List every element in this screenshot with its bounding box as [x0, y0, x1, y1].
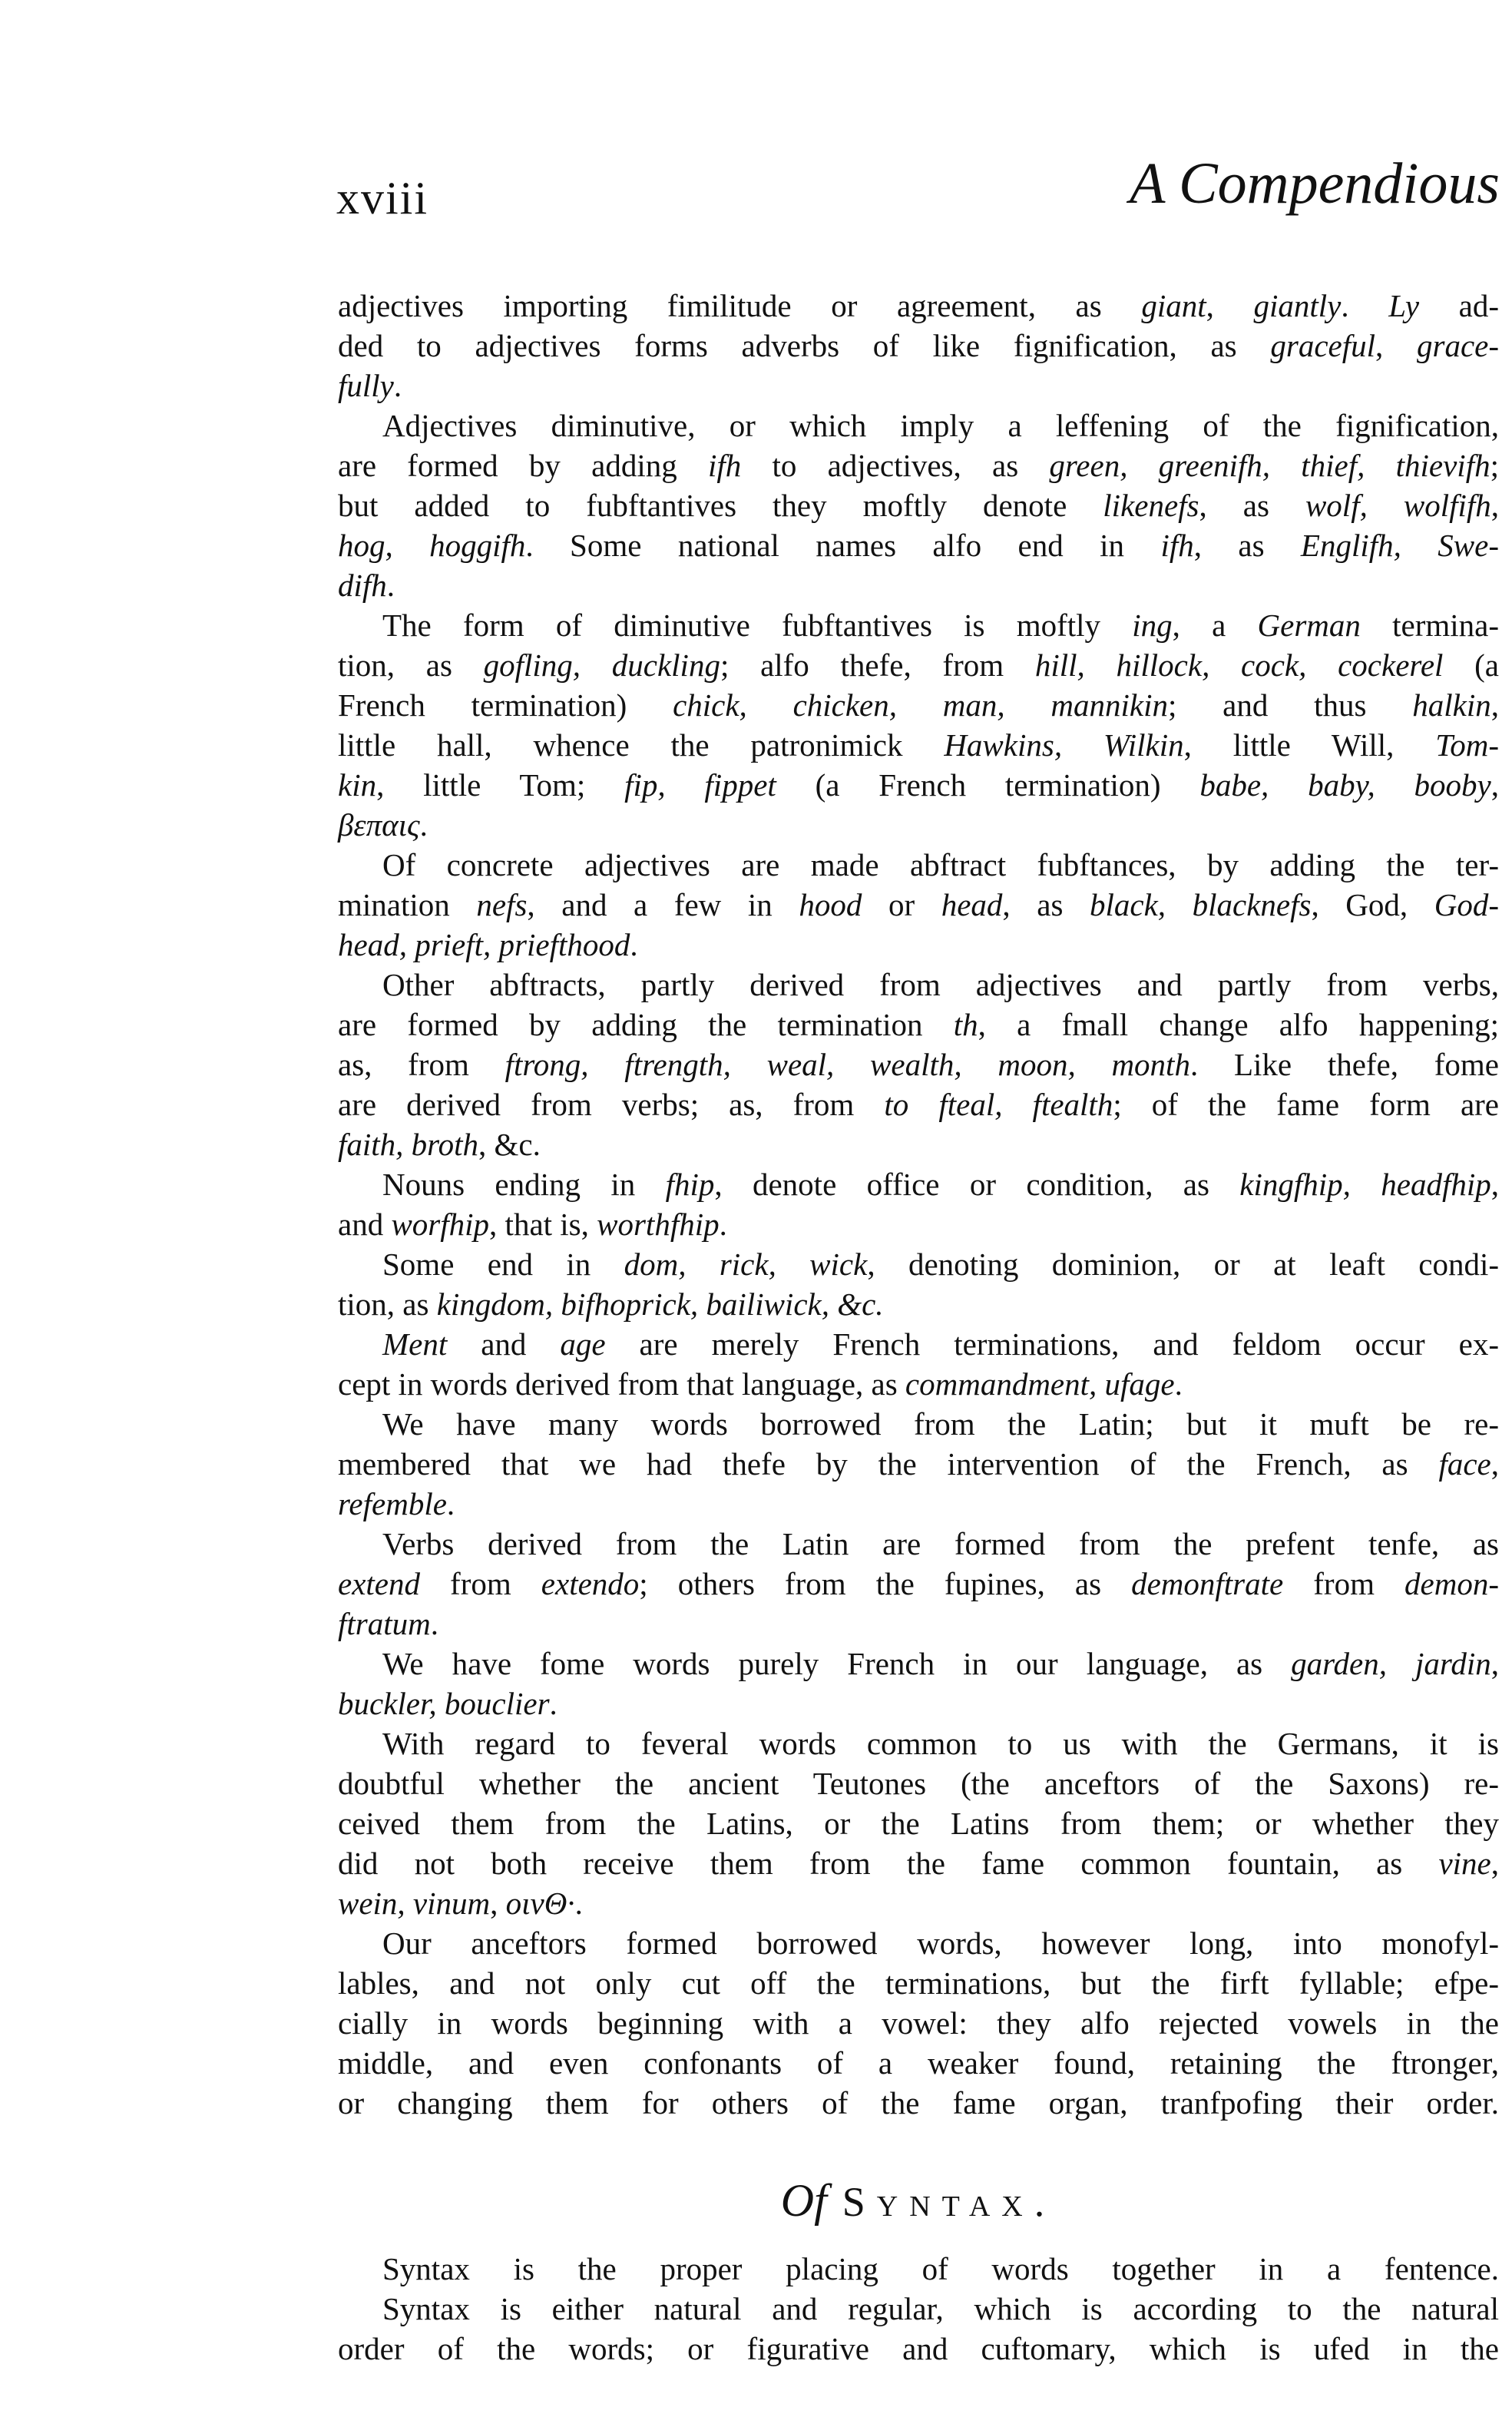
section-heading-of: Of	[781, 2175, 827, 2226]
text-line: Ment and age are merely French terminati…	[338, 1324, 1499, 1364]
text-line: Syntax is the proper placing of words to…	[338, 2249, 1499, 2289]
text-line: lables, and not only cut off the termina…	[338, 1963, 1499, 2003]
text-line: tion, as kingdom, bifhoprick, bailiwick,…	[338, 1284, 1499, 1324]
text-line: but added to fubftantives they moftly de…	[338, 485, 1499, 525]
text-line: doubtful whether the ancient Teutones (t…	[338, 1763, 1499, 1803]
page-number: xviii	[336, 172, 428, 225]
text-line: refemble.	[338, 1484, 1499, 1524]
paragraph: We have many words borrowed from the Lat…	[338, 1404, 1499, 1524]
text-line: Syntax is either natural and regular, wh…	[338, 2289, 1499, 2329]
text-line: are derived from verbs; as, from to ftea…	[338, 1084, 1499, 1124]
paragraph: Nouns ending in fhip, denote office or c…	[338, 1164, 1499, 1244]
text-line: buckler, bouclier.	[338, 1684, 1499, 1723]
paragraph: Some end in dom, rick, wick, denoting do…	[338, 1244, 1499, 1324]
text-line: Our anceftors formed borrowed words, how…	[338, 1923, 1499, 1963]
text-line: or changing them for others of the fame …	[338, 2083, 1499, 2123]
paragraph: Verbs derived from the Latin are formed …	[338, 1524, 1499, 1644]
text-line: cially in words beginning with a vowel: …	[338, 2003, 1499, 2043]
text-line: Adjectives diminutive, or which imply a …	[338, 406, 1499, 445]
text-line: We have fome words purely French in our …	[338, 1644, 1499, 1684]
text-line: are formed by adding the termination th,…	[338, 1005, 1499, 1045]
text-line: faith, broth, &c.	[338, 1124, 1499, 1164]
book-page-scan: xviii A Compendious adjectives importing…	[0, 0, 1512, 2427]
paragraph: Ment and age are merely French terminati…	[338, 1324, 1499, 1404]
text-line: middle, and even confonants of a weaker …	[338, 2043, 1499, 2083]
text-line: ftratum.	[338, 1604, 1499, 1644]
text-line: Other abftracts, partly derived from adj…	[338, 965, 1499, 1005]
text-line: order of the words; or figurative and cu…	[338, 2329, 1499, 2369]
text-line: hog, hoggifh. Some national names alfo e…	[338, 525, 1499, 565]
text-line: little hall, whence the patronimick Hawk…	[338, 725, 1499, 765]
paragraph: Our anceftors formed borrowed words, how…	[338, 1923, 1499, 2123]
text-line: We have many words borrowed from the Lat…	[338, 1404, 1499, 1444]
text-line: ded to adjectives forms adverbs of like …	[338, 326, 1499, 366]
text-line: Verbs derived from the Latin are formed …	[338, 1524, 1499, 1564]
text-line: kin, little Tom; fip, fippet (a French t…	[338, 765, 1499, 805]
text-line: are formed by adding ifh to adjectives, …	[338, 445, 1499, 485]
text-line: The form of diminutive fubftantives is m…	[338, 605, 1499, 645]
section-heading-word: Syntax.	[842, 2179, 1056, 2225]
text-line: extend from extendo; others from the fup…	[338, 1564, 1499, 1604]
text-line: membered that we had thefe by the interv…	[338, 1444, 1499, 1484]
text-line: With regard to feveral words common to u…	[338, 1723, 1499, 1763]
text-line: ceived them from the Latins, or the Lati…	[338, 1803, 1499, 1843]
text-line: French termination) chick, chicken, man,…	[338, 685, 1499, 725]
text-line: Nouns ending in fhip, denote office or c…	[338, 1164, 1499, 1204]
text-line: and worfhip, that is, worthfhip.	[338, 1204, 1499, 1244]
text-line: mination nefs, and a few in hood or head…	[338, 885, 1499, 925]
text-line: head, prieft, priefthood.	[338, 925, 1499, 965]
paragraph: Of concrete adjectives are made abftract…	[338, 845, 1499, 965]
paragraph: Syntax is either natural and regular, wh…	[338, 2289, 1499, 2369]
running-title: A Compendious	[1130, 151, 1500, 217]
text-line: adjectives importing fimilitude or agree…	[338, 286, 1499, 326]
paragraph: We have fome words purely French in our …	[338, 1644, 1499, 1723]
paragraph: With regard to feveral words common to u…	[338, 1723, 1499, 1923]
text-line: wein, vinum, οινΘ·.	[338, 1883, 1499, 1923]
text-line: difh.	[338, 565, 1499, 605]
paragraph: Syntax is the proper placing of words to…	[338, 2249, 1499, 2289]
section-heading: OfSyntax.	[338, 2172, 1499, 2229]
text-block: adjectives importing fimilitude or agree…	[338, 286, 1499, 2369]
text-line: Of concrete adjectives are made abftract…	[338, 845, 1499, 885]
text-line: fully.	[338, 366, 1499, 406]
text-line: tion, as gofling, duckling; alfo thefe, …	[338, 645, 1499, 685]
text-line: did not both receive them from the fame …	[338, 1843, 1499, 1883]
text-line: cept in words derived from that language…	[338, 1364, 1499, 1404]
syntax-section-text: Syntax is the proper placing of words to…	[338, 2249, 1499, 2369]
text-line: as, from ftrong, ftrength, weal, wealth,…	[338, 1045, 1499, 1084]
paragraph: Other abftracts, partly derived from adj…	[338, 965, 1499, 1164]
paragraph: adjectives importing fimilitude or agree…	[338, 286, 1499, 406]
text-line: Some end in dom, rick, wick, denoting do…	[338, 1244, 1499, 1284]
text-line: βεπαις.	[338, 805, 1499, 845]
paragraph: Adjectives diminutive, or which imply a …	[338, 406, 1499, 605]
body-text: adjectives importing fimilitude or agree…	[338, 286, 1499, 2123]
paragraph: The form of diminutive fubftantives is m…	[338, 605, 1499, 845]
